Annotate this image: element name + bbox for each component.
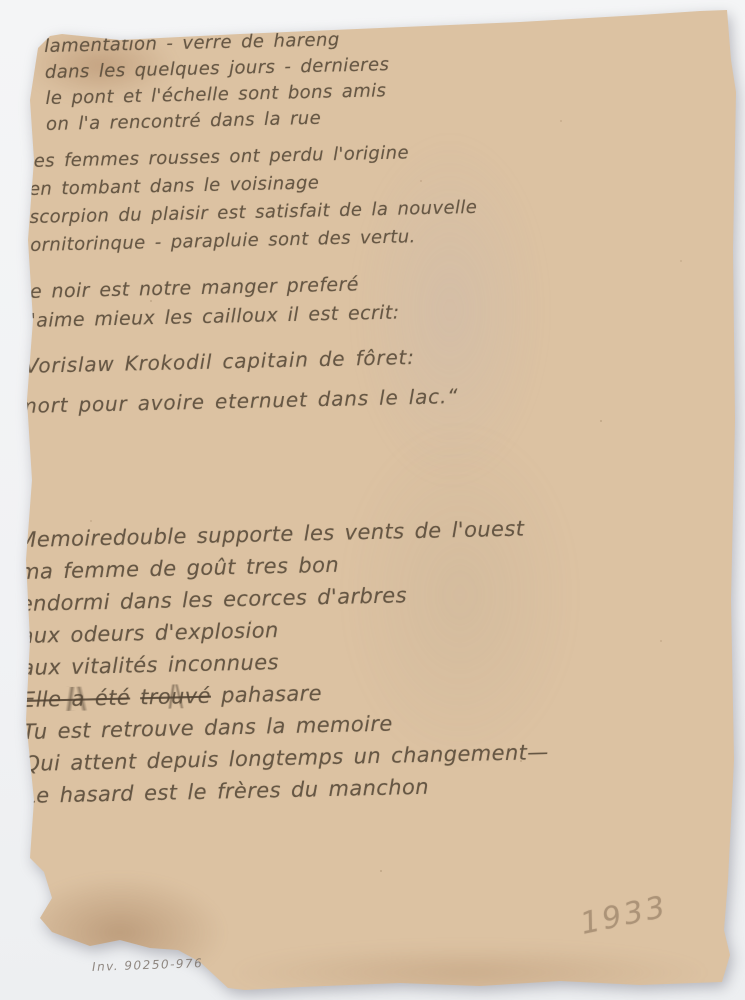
poem-text: aux odeurs d'explosion xyxy=(20,618,279,648)
poem: lamentation - verre de harengdans les qu… xyxy=(0,0,745,1000)
poem-text: mort pour avoire eternuet dans le lac.“ xyxy=(17,384,458,418)
poem-text: les femmes rousses ont perdu l'origine xyxy=(28,142,409,172)
struck-text: trouvé xyxy=(140,684,211,710)
poem-text: en tombant dans le voisinage xyxy=(29,172,320,200)
struck-text: Elle a été xyxy=(22,686,131,712)
poem-text: le pont et l'échelle sont bons amis xyxy=(45,80,386,109)
poem-text: ornitorinque - parapluie sont des vertu. xyxy=(30,226,416,256)
paper-shadow-wrap: lamentation - verre de harengdans les qu… xyxy=(0,0,745,1000)
poem-text: pahasare xyxy=(221,681,322,707)
poem-text: aux vitalités inconnues xyxy=(21,650,279,680)
stanza: Memoiredouble supporte les vents de l'ou… xyxy=(18,512,550,812)
poem-text: Tu est retrouve dans la memoire xyxy=(22,712,392,744)
poem-text: „Vorislaw Krokodil capitain de fôret: xyxy=(16,345,415,378)
poem-text: lamentation - verre de hareng xyxy=(44,29,340,57)
stanza: lamentation - verre de harengdans les qu… xyxy=(44,26,391,138)
poem-line: mort pour avoire eternuet dans le lac.“ xyxy=(17,376,459,426)
poem-text: ma femme de goût tres bon xyxy=(19,553,340,584)
stanza: les femmes rousses ont perdu l'origineen… xyxy=(28,138,478,260)
paper-sheet: lamentation - verre de harengdans les qu… xyxy=(0,0,745,1000)
poem-text: Le hasard est le frères du manchon xyxy=(24,775,429,808)
poem-text: endormi dans les ecorces d'arbres xyxy=(20,583,408,616)
stanza: le noir est notre manger preferéj'aime m… xyxy=(24,270,400,336)
paper-speckles xyxy=(0,0,2,2)
poem-text: j'aime mieux les cailloux il est ecrit: xyxy=(25,301,400,331)
stanza: „Vorislaw Krokodil capitain de fôret:mor… xyxy=(16,336,459,426)
poem-text: le noir est notre manger preferé xyxy=(24,273,359,303)
scanned-manuscript-page: lamentation - verre de harengdans les qu… xyxy=(0,0,745,1000)
poem-text: on l'a rencontré dans la rue xyxy=(46,108,322,135)
